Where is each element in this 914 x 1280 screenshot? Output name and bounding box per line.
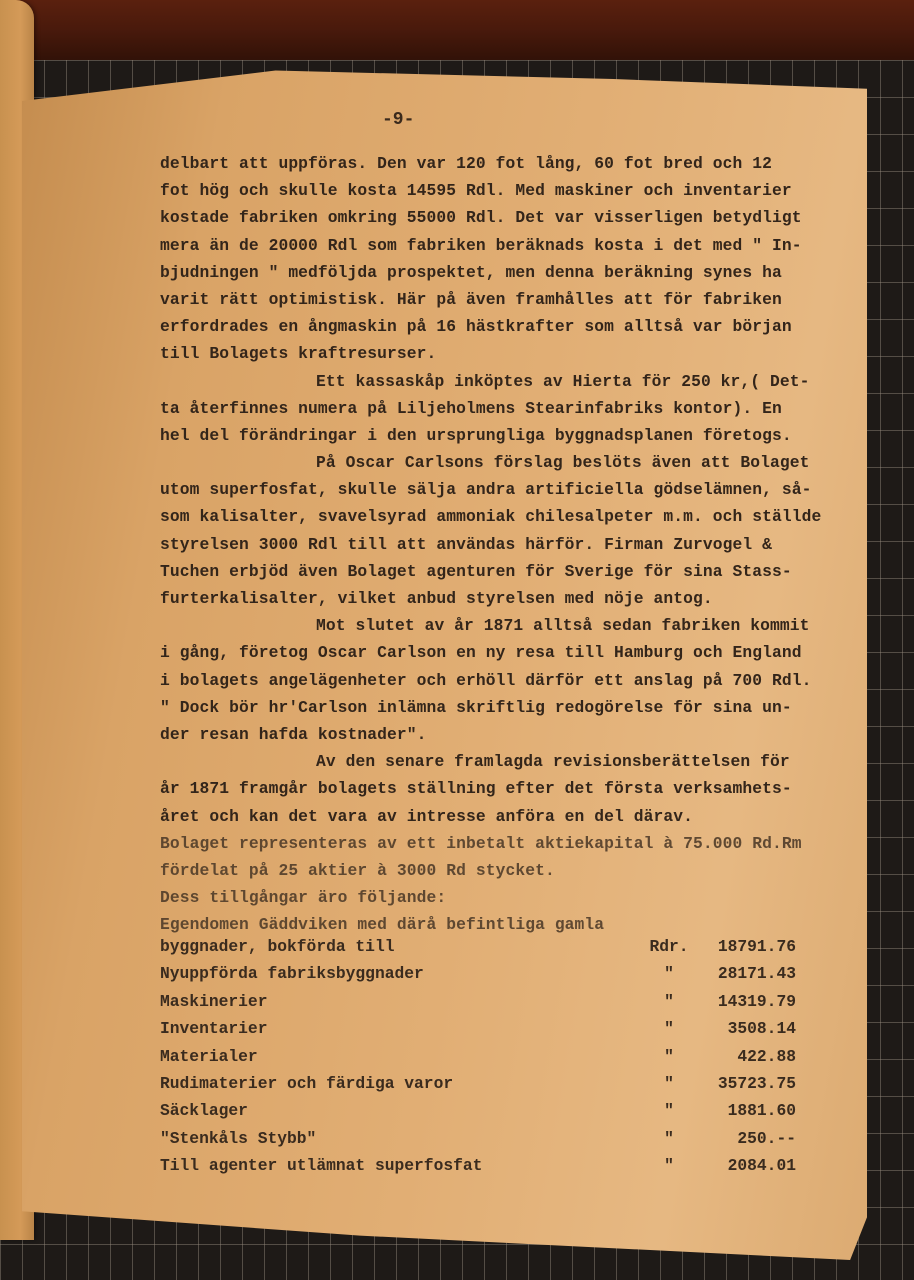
page-number: -9- <box>382 110 414 130</box>
text-line: furterkalisalter, vilket anbud styrelsen… <box>160 585 860 612</box>
asset-amount: 35723.75 <box>718 1070 796 1097</box>
asset-amount: 422.88 <box>737 1043 796 1070</box>
asset-label: "Stenkåls Stybb" <box>160 1125 316 1152</box>
asset-amount: 14319.79 <box>718 988 796 1015</box>
text-line: fot hög och skulle kosta 14595 Rdl. Med … <box>160 177 860 204</box>
ledger-row: Nyuppförda fabriksbyggnader"28171.43 <box>160 960 800 987</box>
text-line: år 1871 framgår bolagets ställning efter… <box>160 775 860 802</box>
asset-label: Rudimaterier och färdiga varor <box>160 1070 453 1097</box>
asset-label: Materialer <box>160 1043 258 1070</box>
text-line: Bolaget representeras av ett inbetalt ak… <box>160 830 860 857</box>
text-line: bjudningen " medföljda prospektet, men d… <box>160 259 860 286</box>
text-line: i bolagets angelägenheter och erhöll där… <box>160 667 860 694</box>
text-line: fördelat på 25 aktier à 3000 Rd stycket. <box>160 857 860 884</box>
text-line: På Oscar Carlsons förslag beslöts även a… <box>160 449 860 476</box>
ledger-row: Rudimaterier och färdiga varor"35723.75 <box>160 1070 800 1097</box>
text-line: der resan hafda kostnader". <box>160 721 860 748</box>
text-line: utom superfosfat, skulle sälja andra art… <box>160 476 860 503</box>
asset-amount: 1881.60 <box>728 1097 796 1124</box>
asset-amount: 2084.01 <box>728 1152 796 1179</box>
assets-ledger: byggnader, bokförda tillRdr.18791.76Nyup… <box>160 933 800 1180</box>
text-line: Tuchen erbjöd även Bolaget agenturen för… <box>160 558 860 585</box>
text-line: mera än de 20000 Rdl som fabriken beräkn… <box>160 232 860 259</box>
text-line: Dess tillgångar äro följande: <box>160 884 860 911</box>
ledger-row: Materialer"422.88 <box>160 1043 800 1070</box>
asset-amount: 18791.76 <box>718 933 796 960</box>
text-line: hel del förändringar i den ursprungliga … <box>160 422 860 449</box>
text-line: som kalisalter, svavelsyrad ammoniak chi… <box>160 503 860 530</box>
text-line: Av den senare framlagda revisionsberätte… <box>160 748 860 775</box>
ledger-row: byggnader, bokförda tillRdr.18791.76 <box>160 933 800 960</box>
currency-unit: " <box>648 988 690 1015</box>
asset-label: Nyuppförda fabriksbyggnader <box>160 960 424 987</box>
asset-label: Till agenter utlämnat superfosfat <box>160 1152 482 1179</box>
asset-amount: 250.-- <box>737 1125 796 1152</box>
text-line: varit rätt optimistisk. Här på även fram… <box>160 286 860 313</box>
body-text: delbart att uppföras. Den var 120 fot lå… <box>160 150 860 938</box>
ledger-row: Maskinerier"14319.79 <box>160 988 800 1015</box>
asset-label: Inventarier <box>160 1015 267 1042</box>
asset-label: byggnader, bokförda till <box>160 933 395 960</box>
text-line: kostade fabriken omkring 55000 Rdl. Det … <box>160 204 860 231</box>
text-line: året och kan det vara av intresse anföra… <box>160 803 860 830</box>
currency-unit: " <box>648 1097 690 1124</box>
text-line: Mot slutet av år 1871 alltså sedan fabri… <box>160 612 860 639</box>
ledger-row: Säcklager"1881.60 <box>160 1097 800 1124</box>
text-line: styrelsen 3000 Rdl till att användas här… <box>160 531 860 558</box>
currency-unit: " <box>648 1015 690 1042</box>
currency-unit: Rdr. <box>648 933 690 960</box>
text-line: erfordrades en ångmaskin på 16 hästkraft… <box>160 313 860 340</box>
text-line: till Bolagets kraftresurser. <box>160 340 860 367</box>
ledger-row: Inventarier"3508.14 <box>160 1015 800 1042</box>
text-line: " Dock bör hr'Carlson inlämna skriftlig … <box>160 694 860 721</box>
currency-unit: " <box>648 1070 690 1097</box>
currency-unit: " <box>648 1152 690 1179</box>
text-line: ta återfinnes numera på Liljeholmens Ste… <box>160 395 860 422</box>
text-line: delbart att uppföras. Den var 120 fot lå… <box>160 150 860 177</box>
ledger-row: Till agenter utlämnat superfosfat"2084.0… <box>160 1152 800 1179</box>
asset-label: Maskinerier <box>160 988 267 1015</box>
asset-amount: 28171.43 <box>718 960 796 987</box>
asset-amount: 3508.14 <box>728 1015 796 1042</box>
currency-unit: " <box>648 960 690 987</box>
text-line: Ett kassaskåp inköptes av Hierta för 250… <box>160 368 860 395</box>
text-line: i gång, företog Oscar Carlson en ny resa… <box>160 639 860 666</box>
currency-unit: " <box>648 1043 690 1070</box>
currency-unit: " <box>648 1125 690 1152</box>
ledger-row: "Stenkåls Stybb""250.-- <box>160 1125 800 1152</box>
asset-label: Säcklager <box>160 1097 248 1124</box>
